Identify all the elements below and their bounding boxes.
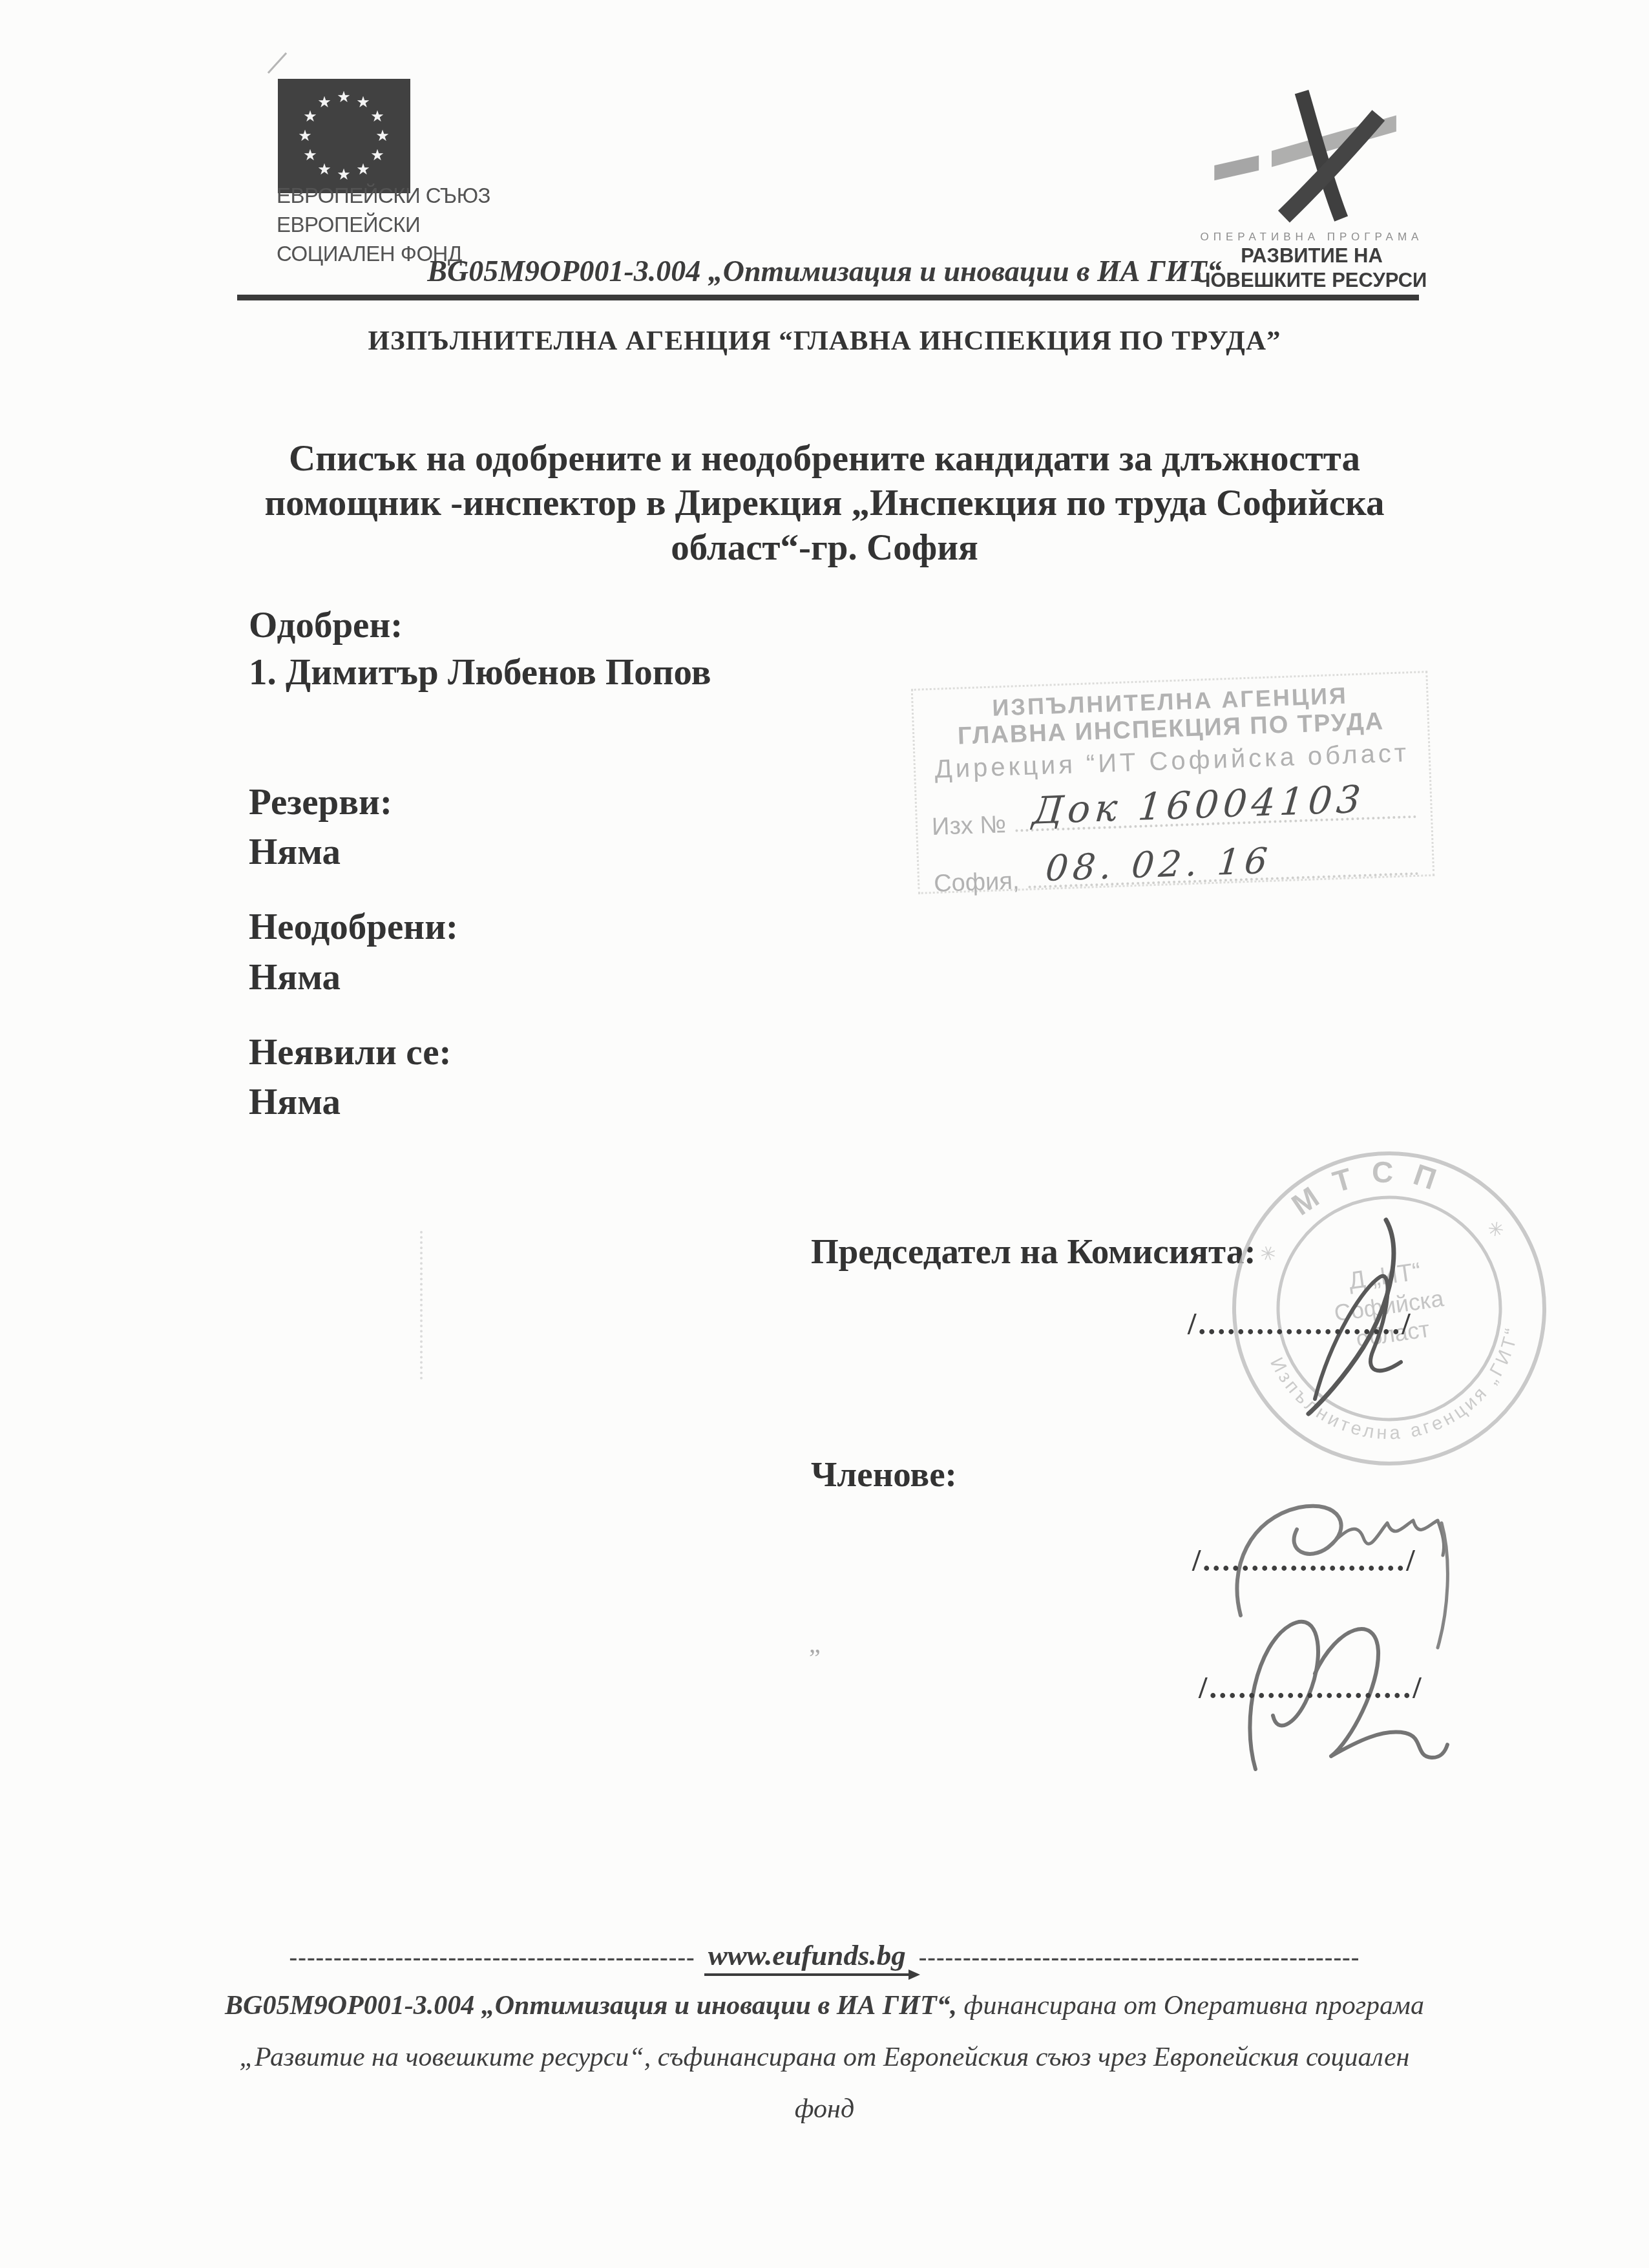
hrd-title-line: РАЗВИТИЕ НА (1192, 244, 1431, 268)
eu-star-icon: ★ (317, 162, 331, 177)
eu-star-icon: ★ (370, 109, 384, 124)
scan-artifact: „ (809, 1628, 821, 1659)
registry-stamp: ИЗПЪЛНИТЕЛНА АГЕНЦИЯ ГЛАВНА ИНСПЕКЦИЯ ПО… (911, 671, 1435, 894)
member-signature-line: /...................../ (1192, 1543, 1417, 1579)
eu-star-icon: ★ (337, 167, 351, 182)
eu-star-icon: ★ (298, 128, 312, 143)
eu-flag-logo: ★ ★ ★ ★ ★ ★ ★ ★ ★ ★ ★ ★ (278, 79, 410, 193)
footer-funding-text: финансирана от Оперативна програма (957, 1991, 1424, 2021)
document-title-line: Списък на одобрените и неодобрените канд… (0, 437, 1649, 479)
separator-dashes: ----------------------------------------… (289, 1943, 695, 1971)
outgoing-number-label: Изх № (931, 811, 1006, 841)
reserves-value: Няма (249, 831, 960, 873)
eu-star-icon: ★ (337, 89, 351, 105)
approved-heading: Одобрен: (249, 604, 960, 646)
hrd-title-line: ЧОВЕШКИТЕ РЕСУРСИ (1192, 268, 1431, 293)
eu-star-icon: ★ (356, 94, 370, 110)
no-show-heading: Неявили се: (249, 1031, 960, 1073)
eu-caption-line: ЕВРОПЕЙСКИ (277, 210, 548, 239)
footer-project-code: BG05M9OP001-3.004 „Оптимизация и иноваци… (225, 1991, 957, 2021)
footer-funding-line: „Развитие на човешките ресурси“, съфинан… (0, 2042, 1649, 2073)
chair-label: Председател на Комисията: (811, 1231, 1256, 1272)
date-field: 08. 02. 16 (1027, 835, 1419, 888)
footer-funding-line: фонд (0, 2094, 1649, 2125)
document-title-line: област“-гр. София (0, 527, 1649, 569)
scanned-document-page: „ ★ ★ ★ ★ ★ ★ ★ ★ ★ ★ ★ ★ ЕВРОПЕЙСКИ СЪЮ… (0, 0, 1649, 2268)
hrd-program-label: ОПЕРАТИВНА ПРОГРАМА (1192, 231, 1431, 244)
not-approved-heading: Неодобрени: (249, 906, 960, 948)
chair-signature-line: /...................../ (1188, 1307, 1413, 1342)
member-signature-line: /...................../ (1199, 1670, 1423, 1706)
header-divider (237, 295, 1419, 300)
eu-caption-line: ЕВРОПЕЙСКИ СЪЮЗ (277, 181, 548, 210)
outgoing-number-field: Док 16004103 (1014, 778, 1416, 832)
scan-artifact (268, 52, 287, 74)
stamp-ornament-icon: ✳ (1480, 1215, 1510, 1243)
handwritten-number: Док 16004103 (1031, 777, 1367, 833)
separator-dashes: ----------------------------------------… (919, 1943, 1360, 1971)
scan-artifact (420, 1231, 423, 1380)
footer-separator: ----------------------------------------… (0, 1938, 1649, 1976)
members-label: Членове: (811, 1454, 957, 1495)
eu-star-icon: ★ (303, 109, 317, 124)
handwritten-date: 08. 02. 16 (1044, 840, 1274, 889)
footer-funding-line: BG05M9OP001-3.004 „Оптимизация и иноваци… (0, 1990, 1649, 2021)
op-hrd-logo: ОПЕРАТИВНА ПРОГРАМА РАЗВИТИЕ НА ЧОВЕШКИТ… (1192, 83, 1431, 293)
hrd-x-mark-icon (1212, 83, 1412, 228)
eu-star-icon: ★ (356, 162, 370, 177)
eu-star-icon: ★ (317, 94, 331, 110)
eu-star-icon: ★ (375, 128, 390, 143)
not-approved-value: Няма (249, 956, 960, 998)
agency-heading: ИЗПЪЛНИТЕЛНА АГЕНЦИЯ “ГЛАВНА ИНСПЕКЦИЯ П… (0, 325, 1649, 357)
eu-star-icon: ★ (303, 147, 317, 163)
eufunds-link: www.eufunds.bg (704, 1938, 910, 1976)
city-label: София, (934, 867, 1020, 898)
no-show-value: Няма (249, 1081, 960, 1123)
document-title-line: помощник -инспектор в Дирекция „Инспекци… (0, 482, 1649, 524)
svg-text:✳: ✳ (1480, 1215, 1510, 1243)
eu-star-icon: ★ (370, 147, 384, 163)
reserves-heading: Резерви: (249, 781, 960, 823)
approved-candidate: 1. Димитър Любенов Попов (249, 651, 960, 693)
